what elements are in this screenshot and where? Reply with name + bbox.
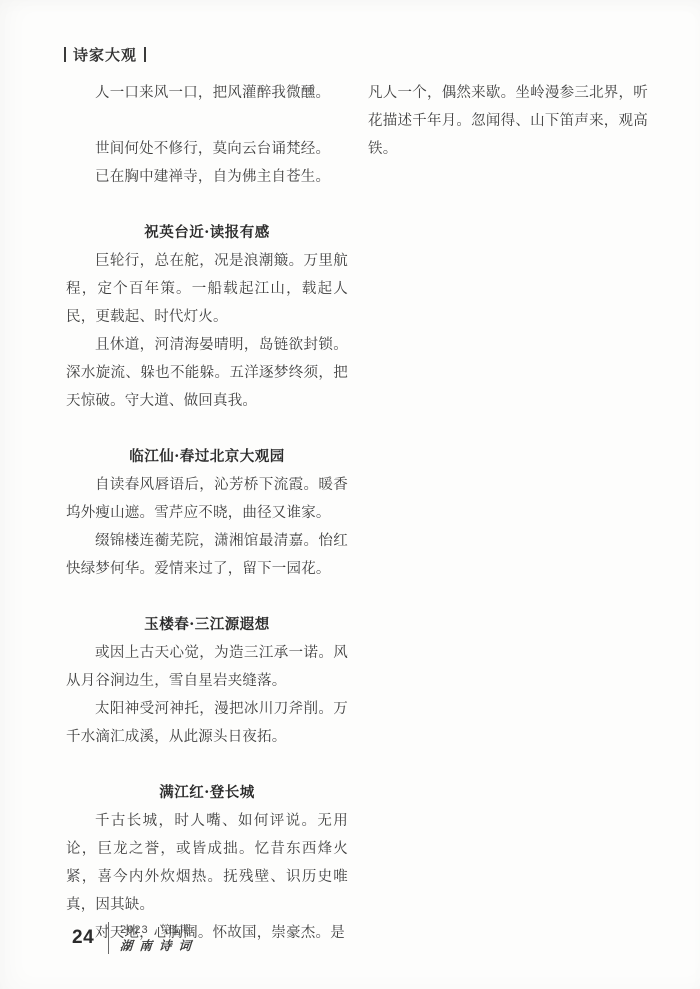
page-footer: 24 2023 第1期 湖南诗词	[72, 922, 198, 954]
poem-paragraph: 太阳神受河神托，漫把冰川刀斧削。万千水滴汇成溪，从此源头日夜拓。	[66, 695, 348, 751]
page-header: 诗家大观	[64, 44, 146, 65]
footer-divider	[108, 922, 109, 954]
page-number: 24	[72, 927, 94, 949]
text-columns: 人一口来风一口，把风灌醉我微醺。世间何处不修行，莫向云台诵梵经。已在胸中建禅寺，…	[66, 79, 648, 947]
poem-title: 满江红·登长城	[66, 779, 348, 807]
poem-line: 已在胸中建禅寺，自为佛主自苍生。	[66, 163, 348, 191]
issue-info: 2023 第1期	[120, 923, 198, 937]
section-title: 诗家大观	[73, 44, 137, 65]
issue-block: 2023 第1期 湖南诗词	[120, 923, 198, 954]
poem-paragraph: 且休道，河清海晏晴明，岛链欲封锁。深水旋流、躲也不能躲。五洋逐梦终须，把天惊破。…	[66, 331, 348, 415]
poem-title: 临江仙·春过北京大观园	[66, 443, 348, 471]
magazine-page: 诗家大观 人一口来风一口，把风灌醉我微醺。世间何处不修行，莫向云台诵梵经。已在胸…	[0, 0, 700, 989]
poem-continuation: 凡人一个，偶然来歇。坐岭漫参三北界，听花描述千年月。忽闻得、山下笛声来，观高铁。	[368, 79, 648, 163]
poem-line: 人一口来风一口，把风灌醉我微醺。	[66, 79, 348, 107]
poem-paragraph: 千古长城，时人嘴、如何评说。无用论，巨龙之誉，或皆成拙。忆昔东西烽火紧，喜今内外…	[66, 807, 348, 919]
right-column: 凡人一个，偶然来歇。坐岭漫参三北界，听花描述千年月。忽闻得、山下笛声来，观高铁。	[368, 79, 648, 947]
poem-title: 玉楼春·三江源遐想	[66, 611, 348, 639]
poem-paragraph: 巨轮行，总在舵，况是浪潮簸。万里航程，定个百年策。一船载起江山，载起人民，更载起…	[66, 247, 348, 331]
poem-line: 世间何处不修行，莫向云台诵梵经。	[66, 135, 348, 163]
journal-name: 湖南诗词	[120, 937, 199, 954]
poem-paragraph: 自读春风唇语后，沁芳桥下流霞。暖香坞外瘦山遮。雪芹应不晓，曲径又谁家。	[66, 471, 348, 527]
header-left-bar	[64, 47, 66, 62]
left-column: 人一口来风一口，把风灌醉我微醺。世间何处不修行，莫向云台诵梵经。已在胸中建禅寺，…	[66, 79, 348, 947]
spacer	[66, 107, 348, 135]
poem-title: 祝英台近·读报有感	[66, 219, 348, 247]
poem-paragraph: 或因上古天心觉，为造三江承一诺。风从月谷涧边生，雪自星岩夹缝落。	[66, 639, 348, 695]
header-right-bar	[144, 47, 146, 62]
poem-paragraph: 缀锦楼连蘅芜院，潇湘馆最清嘉。怡红快绿梦何华。爱情来过了，留下一园花。	[66, 527, 348, 583]
